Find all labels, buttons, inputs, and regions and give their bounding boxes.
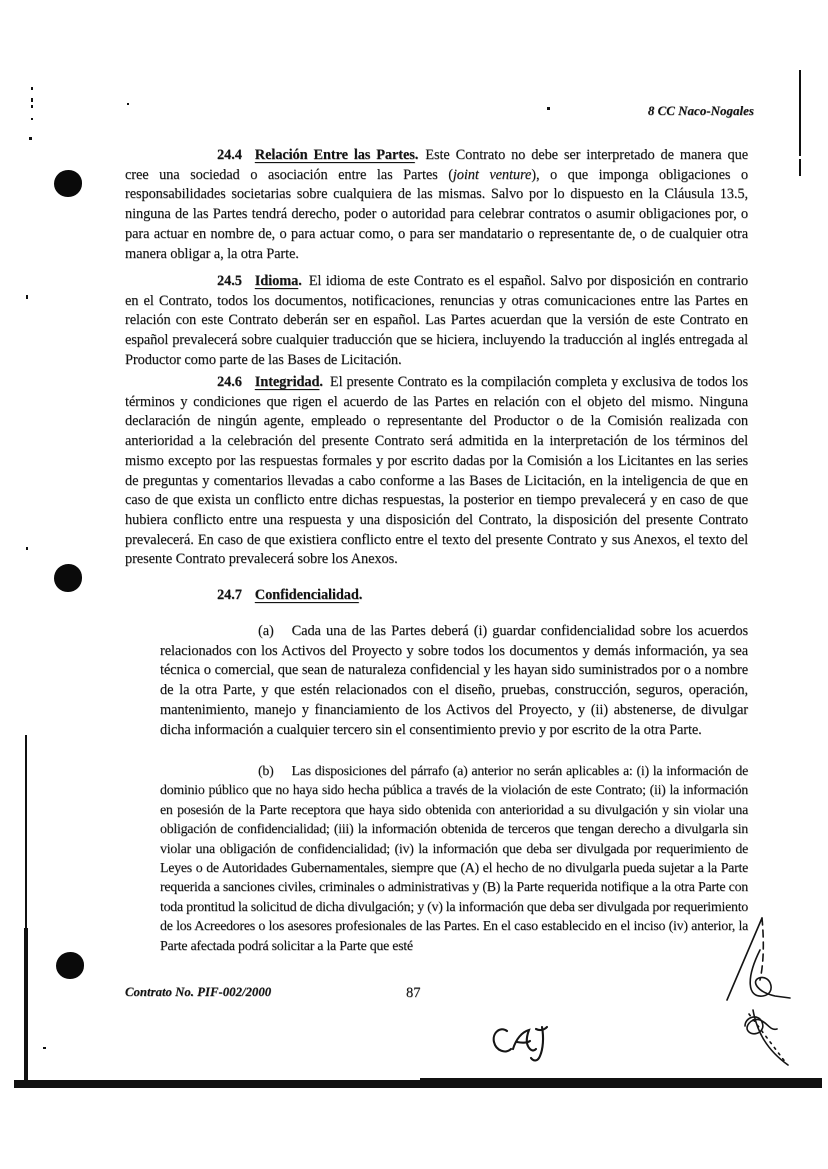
section-24-6-paragraph: 24.6Integridad.El presente Contrato es l… — [125, 373, 748, 570]
section-number: 24.4 — [217, 147, 242, 163]
scan-edge-bar-bottom — [420, 1078, 822, 1088]
scan-edge-line-left — [24, 928, 28, 1086]
section-number: 24.6 — [217, 374, 242, 390]
section-title: Confidencialidad — [255, 587, 359, 603]
italic-term: joint venture — [453, 167, 531, 183]
clause-b-paragraph: (b)Las disposiciones del párrafo (a) ant… — [160, 762, 748, 956]
section-number: 24.5 — [217, 273, 242, 289]
scan-edge-line-right — [799, 159, 801, 176]
handwritten-initials-caj — [490, 1020, 554, 1068]
scan-speck — [31, 118, 33, 120]
section-body: El presente Contrato es la compilación c… — [125, 374, 748, 567]
section-title: Integridad — [255, 374, 320, 390]
section-24-5-paragraph: 24.5Idioma.El idioma de este Contrato es… — [125, 272, 748, 371]
section-title-period: . — [415, 147, 419, 163]
footer-contract-number: Contrato No. PIF-002/2000 — [125, 985, 271, 1000]
punch-hole-mark — [54, 170, 82, 197]
section-title: Relación Entre las Partes — [255, 147, 415, 163]
clause-label: (a) — [258, 623, 274, 639]
scan-speck — [31, 98, 33, 102]
section-number: 24.7 — [217, 587, 242, 603]
scan-edge-line-left — [25, 735, 27, 933]
section-title: Idioma — [255, 273, 298, 289]
header-reference: 8 CC Naco-Nogales — [648, 103, 754, 119]
scan-speck — [26, 295, 28, 299]
scan-speck — [31, 87, 33, 90]
clause-label: (b) — [258, 764, 273, 779]
signature-scribble — [700, 905, 810, 1070]
scan-speck — [29, 137, 32, 140]
scan-speck — [43, 1047, 46, 1049]
section-24-4-paragraph: 24.4Relación Entre las Partes.Este Contr… — [125, 146, 748, 264]
scan-edge-line-right — [799, 70, 801, 156]
scan-speck — [31, 105, 33, 108]
section-title-period: . — [319, 374, 323, 390]
clause-body: Las disposiciones del párrafo (a) anteri… — [160, 764, 748, 954]
section-title-period: . — [359, 587, 363, 603]
clause-a-paragraph: (a)Cada una de las Partes deberá (i) gua… — [160, 622, 748, 740]
punch-hole-mark — [54, 564, 82, 592]
section-24-7-heading: 24.7Confidencialidad. — [125, 586, 748, 606]
document-page: 8 CC Naco-Nogales 24.4Relación Entre las… — [0, 0, 828, 1169]
scan-speck — [127, 103, 129, 105]
page-number: 87 — [406, 985, 421, 1002]
clause-body: Cada una de las Partes deberá (i) guarda… — [160, 623, 748, 738]
punch-hole-mark — [56, 952, 84, 979]
scan-speck — [547, 107, 550, 110]
scan-speck — [26, 547, 28, 550]
section-title-period: . — [298, 273, 302, 289]
